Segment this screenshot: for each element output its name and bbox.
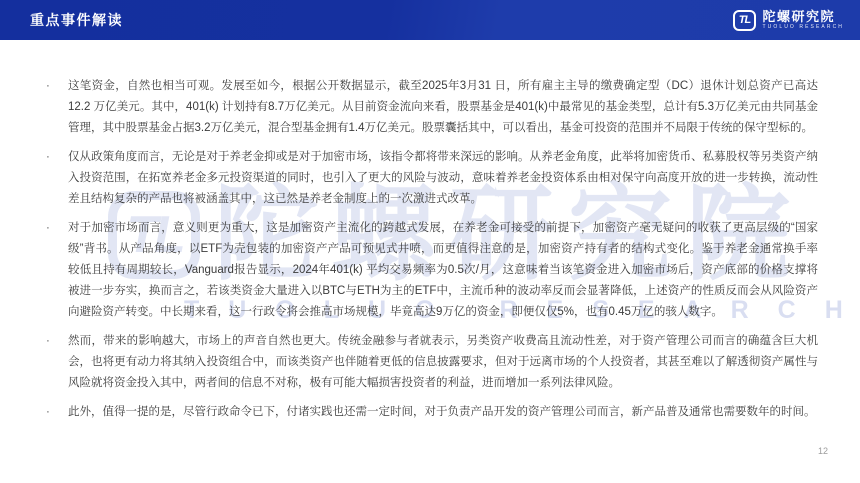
brand-name-cn: 陀螺研究院 bbox=[762, 10, 844, 23]
brand-logo-text: 陀螺研究院 TUOLUO RESEARCH bbox=[762, 10, 844, 30]
bullet-text: 仅从政策角度而言，无论是对于养老金抑或是对于加密市场，该指令都将带来深远的影响。… bbox=[68, 147, 818, 210]
header-bar: 重点事件解读 TL 陀螺研究院 TUOLUO RESEARCH bbox=[0, 0, 860, 40]
bullet-text: 这笔资金，自然也相当可观。发展至如今，根据公开数据显示，截至2025年3月31 … bbox=[68, 76, 818, 139]
slide-body: · 这笔资金，自然也相当可观。发展至如今，根据公开数据显示，截至2025年3月3… bbox=[46, 76, 818, 431]
bullet-marker: · bbox=[46, 76, 68, 139]
bullet-marker: · bbox=[46, 402, 68, 423]
tl-logo-icon: TL bbox=[733, 10, 756, 31]
bullet-item: · 此外，值得一提的是，尽管行政命令已下，付诸实践也还需一定时间，对于负责产品开… bbox=[46, 402, 818, 423]
bullet-marker: · bbox=[46, 331, 68, 394]
brand-logo: TL 陀螺研究院 TUOLUO RESEARCH bbox=[733, 10, 844, 31]
bullet-text: 对于加密市场而言，意义则更为重大，这是加密资产主流化的跨越式发展，在养老金可接受… bbox=[68, 218, 818, 323]
bullet-text: 此外，值得一提的是，尽管行政命令已下，付诸实践也还需一定时间，对于负责产品开发的… bbox=[68, 402, 818, 423]
bullet-item: · 对于加密市场而言，意义则更为重大，这是加密资产主流化的跨越式发展，在养老金可… bbox=[46, 218, 818, 323]
brand-name-en: TUOLUO RESEARCH bbox=[762, 25, 844, 30]
bullet-item: · 然而，带来的影响越大，市场上的声音自然也更大。传统金融参与者就表示，另类资产… bbox=[46, 331, 818, 394]
bullet-marker: · bbox=[46, 218, 68, 323]
bullet-item: · 仅从政策角度而言，无论是对于养老金抑或是对于加密市场，该指令都将带来深远的影… bbox=[46, 147, 818, 210]
bullet-item: · 这笔资金，自然也相当可观。发展至如今，根据公开数据显示，截至2025年3月3… bbox=[46, 76, 818, 139]
page-number: 12 bbox=[818, 446, 828, 456]
bullet-text: 然而，带来的影响越大，市场上的声音自然也更大。传统金融参与者就表示，另类资产收费… bbox=[68, 331, 818, 394]
bullet-marker: · bbox=[46, 147, 68, 210]
page-title: 重点事件解读 bbox=[30, 10, 123, 30]
